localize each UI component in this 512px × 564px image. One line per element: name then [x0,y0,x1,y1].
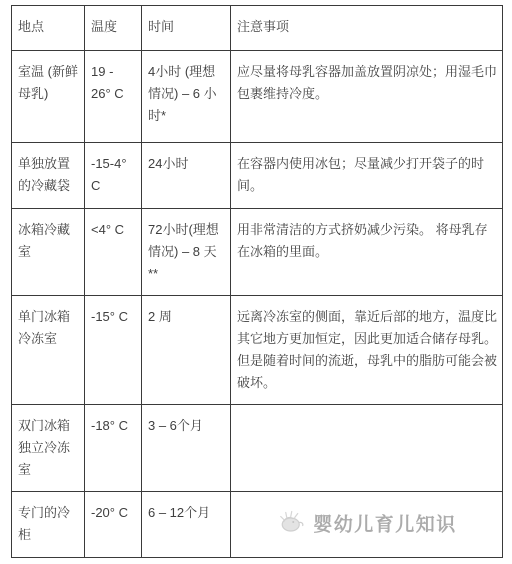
table-row: 室温 (新鲜母乳) 19 - 26° C 4小时 (理想情况) – 6 小时* … [12,51,503,143]
header-location: 地点 [12,6,85,51]
cell-location: 双门冰箱独立冷冻室 [12,405,85,492]
cell-notes: 远离冷冻室的侧面，靠近后部的地方，温度比其它地方更加恒定，因此更加适合储存母乳。… [231,296,503,405]
cell-location: 单独放置的冷藏袋 [12,143,85,209]
article-page: 地点 温度 时间 注意事项 室温 (新鲜母乳) 19 - 26° C 4小时 (… [0,0,512,564]
watermark: 婴幼儿育儿知识 [276,508,457,541]
cell-location: 室温 (新鲜母乳) [12,51,85,143]
table-row: 冰箱冷藏室 <4° C 72小时(理想情况) – 8 天** 用非常清洁的方式挤… [12,209,503,296]
cell-temperature: -18° C [85,405,142,492]
cell-location: 专门的冷柜 [12,492,85,558]
cell-location: 冰箱冷藏室 [12,209,85,296]
table-row: 双门冰箱独立冷冻室 -18° C 3 – 6个月 [12,405,503,492]
cell-temperature: -15° C [85,296,142,405]
header-temperature: 温度 [85,6,142,51]
cell-notes: 用非常清洁的方式挤奶减少污染。 将母乳存在冰箱的里面。 [231,209,503,296]
cell-temperature: -20° C [85,492,142,558]
cell-notes: 应尽量将母乳容器加盖放置阴凉处；用湿毛巾包裹维持冷度。 [231,51,503,143]
table-row: 专门的冷柜 -20° C 6 – 12个月 [12,492,503,558]
header-notes: 注意事项 [231,6,503,51]
cell-temperature: -15-4° C [85,143,142,209]
cell-temperature: <4° C [85,209,142,296]
table-header-row: 地点 温度 时间 注意事项 [12,6,503,51]
milk-storage-table: 地点 温度 时间 注意事项 室温 (新鲜母乳) 19 - 26° C 4小时 (… [11,5,503,558]
table-row: 单门冰箱冷冻室 -15° C 2 周 远离冷冻室的侧面，靠近后部的地方，温度比其… [12,296,503,405]
cell-notes [231,405,503,492]
cell-location: 单门冰箱冷冻室 [12,296,85,405]
cell-time: 2 周 [142,296,231,405]
cell-time: 3 – 6个月 [142,405,231,492]
cell-time: 24小时 [142,143,231,209]
table-row: 单独放置的冷藏袋 -15-4° C 24小时 在容器内使用冰包；尽量减少打开袋子… [12,143,503,209]
cell-time: 72小时(理想情况) – 8 天** [142,209,231,296]
cell-time: 4小时 (理想情况) – 6 小时* [142,51,231,143]
cell-temperature: 19 - 26° C [85,51,142,143]
watermark-text: 婴幼儿育儿知识 [313,515,457,534]
cell-time: 6 – 12个月 [142,492,231,558]
cell-notes: 婴幼儿育儿知识 [231,492,503,558]
header-time: 时间 [142,6,231,51]
cell-notes: 在容器内使用冰包；尽量减少打开袋子的时间。 [231,143,503,209]
chick-flourish-icon [276,508,306,541]
